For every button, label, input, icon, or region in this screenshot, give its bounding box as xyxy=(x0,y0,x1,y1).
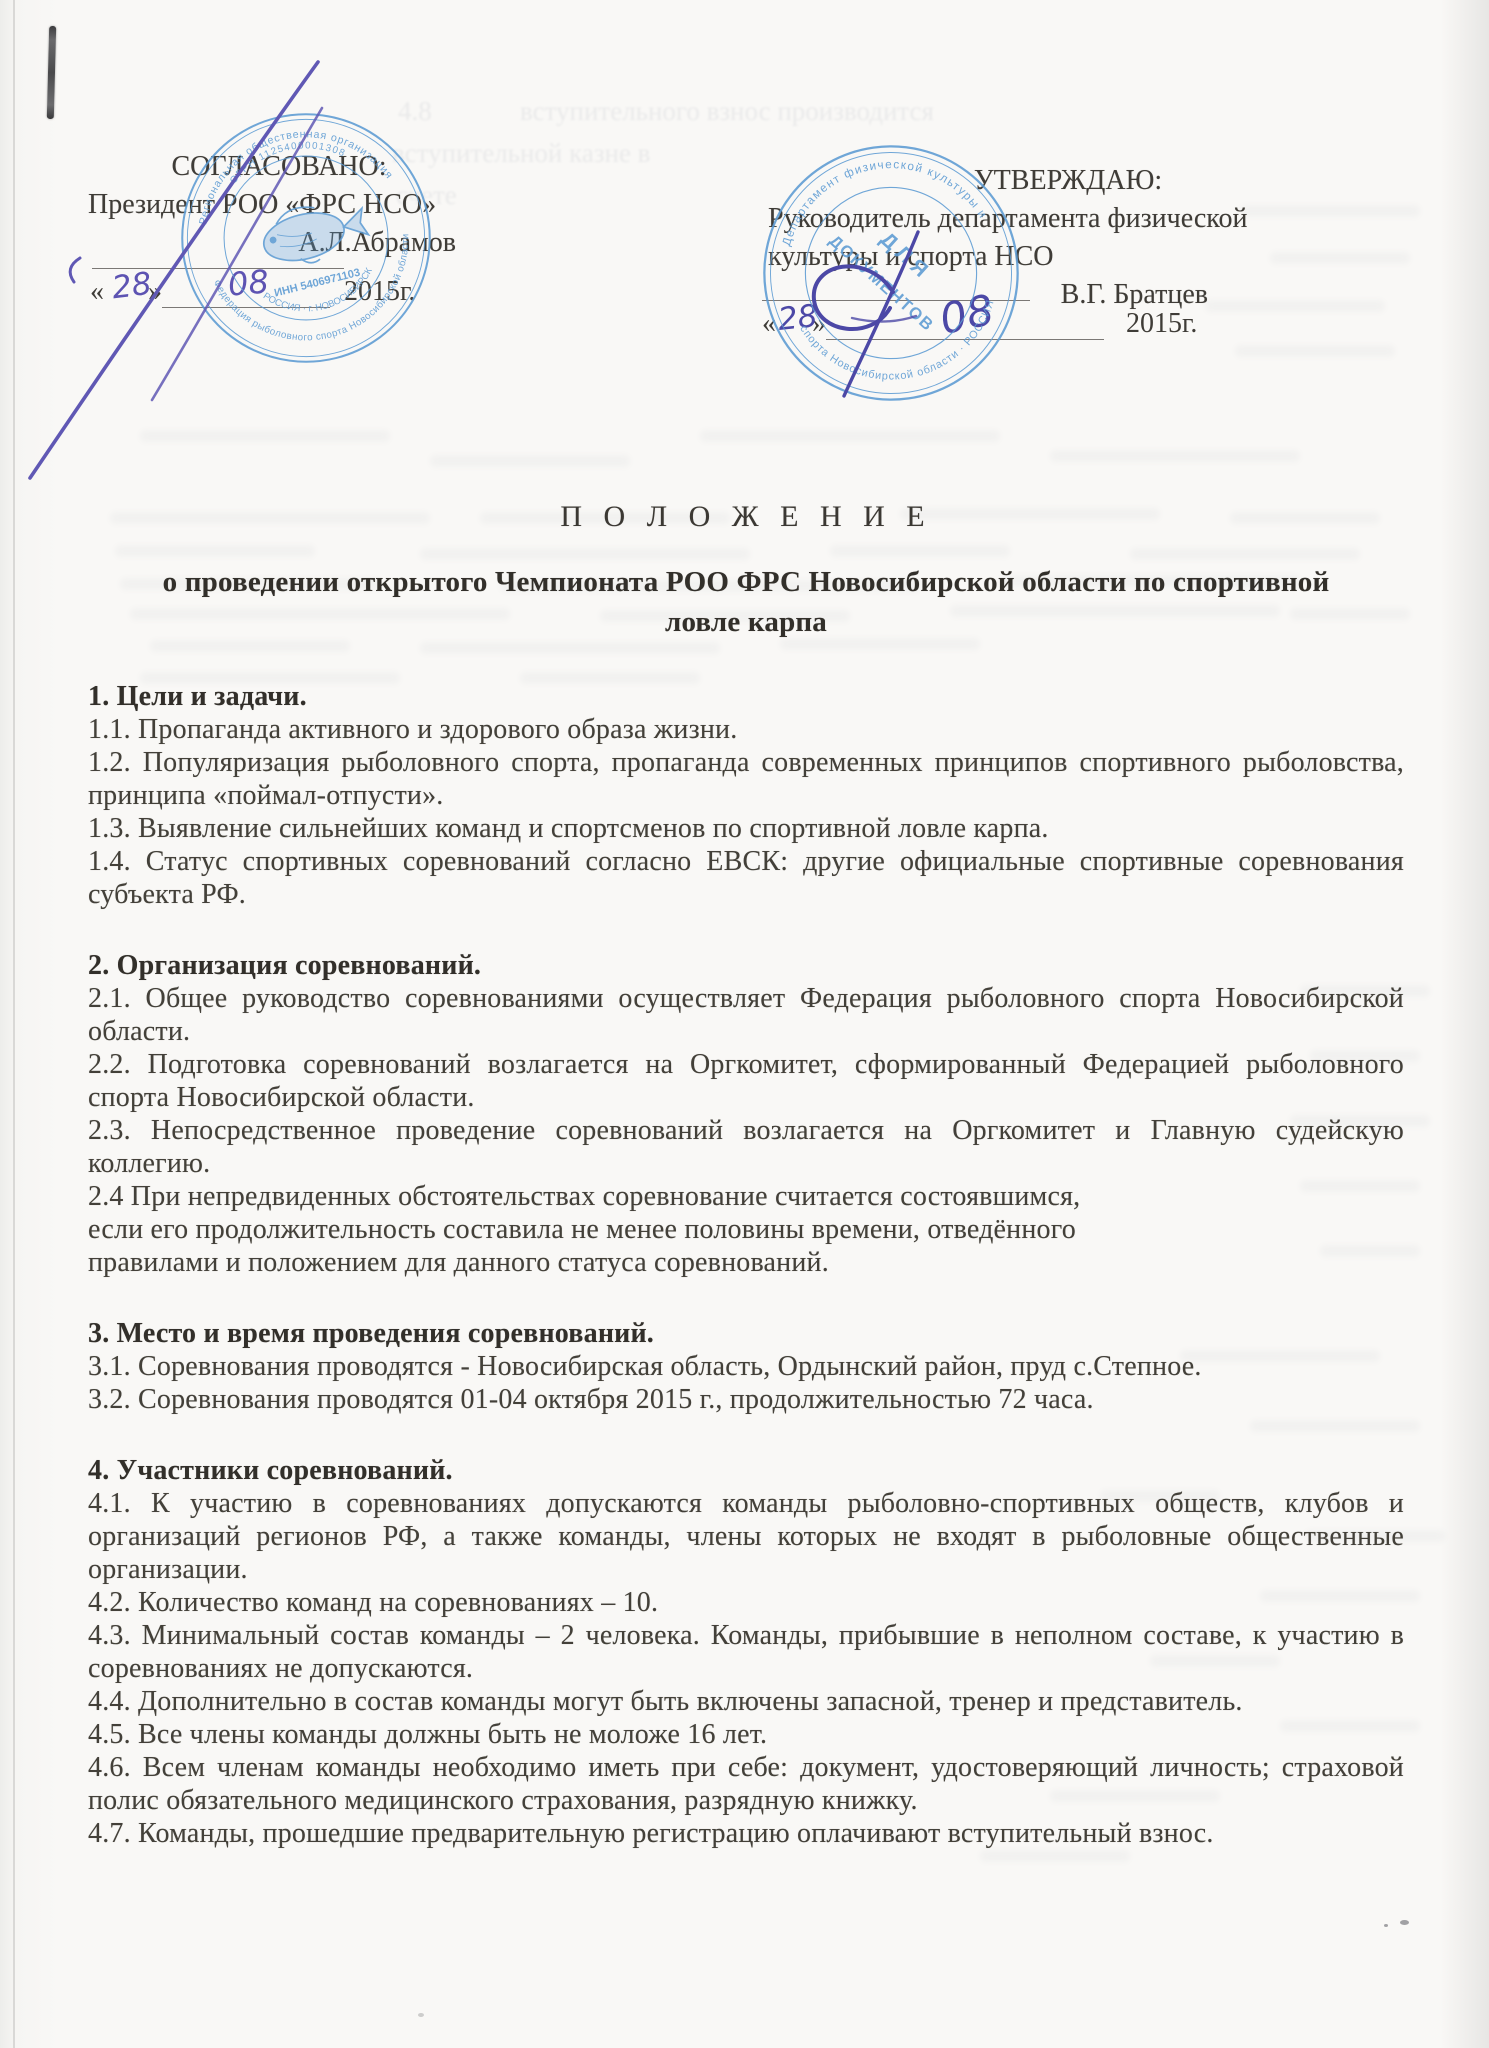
paragraph: 4.7. Команды, прошедшие предварительную … xyxy=(88,1817,1404,1850)
paragraph: 4.2. Количество команд на соревнованиях … xyxy=(88,1586,1404,1619)
paragraph: 4.3. Минимальный состав команды – 2 чело… xyxy=(88,1619,1404,1685)
showthrough-smudge xyxy=(1050,450,1300,462)
staple-mark xyxy=(47,26,56,119)
svg-text:Департамент физической культур: Департамент физической культуры и xyxy=(770,145,990,250)
showthrough-smudge xyxy=(700,430,1000,442)
paragraph: если его продолжительность составила не … xyxy=(88,1213,1404,1246)
section-heading: 3. Место и время проведения соревнований… xyxy=(88,1317,1404,1350)
paragraph: 3.1. Соревнования проводятся - Новосибир… xyxy=(88,1350,1404,1383)
sections-container: 1. Цели и задачи.1.1. Пропаганда активно… xyxy=(88,680,1404,1850)
scan-speck xyxy=(418,2013,424,2017)
paragraph: 4.4. Дополнительно в состав команды могу… xyxy=(88,1685,1404,1718)
paragraph: 4.1. К участию в соревнованиях допускают… xyxy=(88,1487,1404,1586)
scan-edge-line xyxy=(13,0,15,2048)
paragraph: 1.4. Статус спортивных соревнований согл… xyxy=(88,845,1404,911)
showthrough-smudge xyxy=(1235,345,1395,357)
svg-text:Региональная общественная орга: Региональная общественная организация xyxy=(180,107,396,228)
paragraph: 3.2. Соревнования проводятся 01-04 октяб… xyxy=(88,1383,1404,1416)
quote-open: « xyxy=(90,276,104,307)
showthrough-smudge xyxy=(430,455,630,467)
doc-subtitle: о проведении открытого Чемпионата РОО ФР… xyxy=(88,562,1404,642)
stamp-right-arc-top: Департамент физической культуры и xyxy=(770,145,990,250)
paragraph: 2.1. Общее руководство соревнованиями ос… xyxy=(88,982,1404,1048)
section-heading: 4. Участники соревнований. xyxy=(88,1454,1404,1487)
paragraph: 2.2. Подготовка соревнований возлагается… xyxy=(88,1048,1404,1114)
showthrough-smudge xyxy=(140,430,390,442)
paragraph: 1.2. Популяризация рыболовного спорта, п… xyxy=(88,746,1404,812)
scan-speck xyxy=(1384,1924,1388,1927)
paragraph: 1.3. Выявление сильнейших команд и спорт… xyxy=(88,812,1404,845)
document-page: 4.8вступительного взнос производитсявсту… xyxy=(0,0,1489,2048)
date-year: 2015г. xyxy=(1126,308,1197,339)
paragraph: 4.5. Все члены команды должны быть не мо… xyxy=(88,1718,1404,1751)
ghost-text-fragment: вступительного взнос производится xyxy=(520,96,934,127)
quote-close: » xyxy=(148,276,162,307)
paragraph: 1.1. Пропаганда активного и здорового об… xyxy=(88,713,1404,746)
showthrough-smudge xyxy=(980,1850,1130,1862)
section-heading: 1. Цели и задачи. xyxy=(88,680,1404,713)
paragraph: правилами и положением для данного стату… xyxy=(88,1246,1404,1279)
stamp-left-arc-top: Региональная общественная организация xyxy=(180,107,396,228)
scan-speck xyxy=(1400,1920,1409,1925)
round-stamp-fishing-federation: Региональная общественная организация ОГ… xyxy=(151,83,461,393)
paragraph: 4.6. Всем членам команды необходимо имет… xyxy=(88,1751,1404,1817)
section-heading: 2. Организация соревнований. xyxy=(88,949,1404,982)
doc-subtitle-line1: о проведении открытого Чемпионата РОО ФР… xyxy=(88,562,1404,602)
doc-subtitle-line2: ловле карпа xyxy=(88,602,1404,642)
paragraph: 2.3. Непосредственное проведение соревно… xyxy=(88,1114,1404,1180)
document-body: П О Л О Ж Е Н И Е о проведении открытого… xyxy=(88,500,1404,1850)
round-stamp-department: Департамент физической культуры и спорта… xyxy=(743,125,1039,421)
doc-title: П О Л О Ж Е Н И Е xyxy=(88,500,1404,533)
carp-fish-icon xyxy=(257,193,372,273)
paragraph: 2.4 При непредвиденных обстоятельствах с… xyxy=(88,1180,1404,1213)
